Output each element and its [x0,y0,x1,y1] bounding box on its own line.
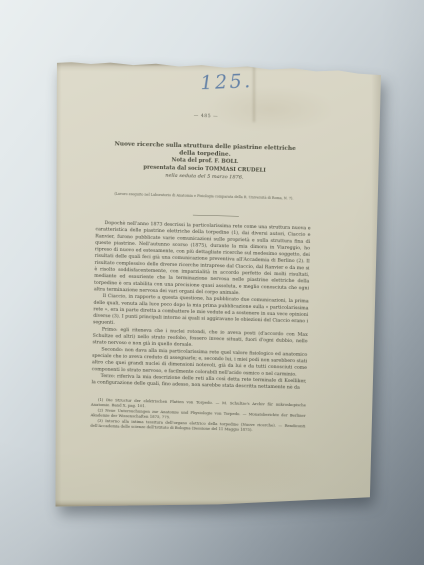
printed-content: 125. — 485 — Nuove ricerche sulla strutt… [45,61,383,514]
document-page: 125. — 485 — Nuove ricerche sulla strutt… [55,62,381,507]
title-block: Nuove ricerche sulla struttura delle pia… [92,139,318,183]
handwritten-number: 125. [200,70,253,94]
paper-sheet: 125. — 485 — Nuove ricerche sulla strutt… [55,62,381,507]
photo-background: 125. — 485 — Nuove ricerche sulla strutt… [0,0,424,565]
paragraph: Il Ciaccio, in rapporto a questa questio… [93,292,309,331]
paragraph: Dopochè nell'anno 1873 descrissi la part… [94,219,311,298]
laboratory-note: (Lavoro eseguito nel Laboratorio di Anat… [83,191,324,201]
separator-rule [193,215,239,217]
footnotes: (1) Die Structur der elektrischen Platte… [90,397,306,434]
page-number: — 485 — [98,110,313,121]
body-text: Dopochè nell'anno 1873 descrissi la part… [91,219,310,391]
